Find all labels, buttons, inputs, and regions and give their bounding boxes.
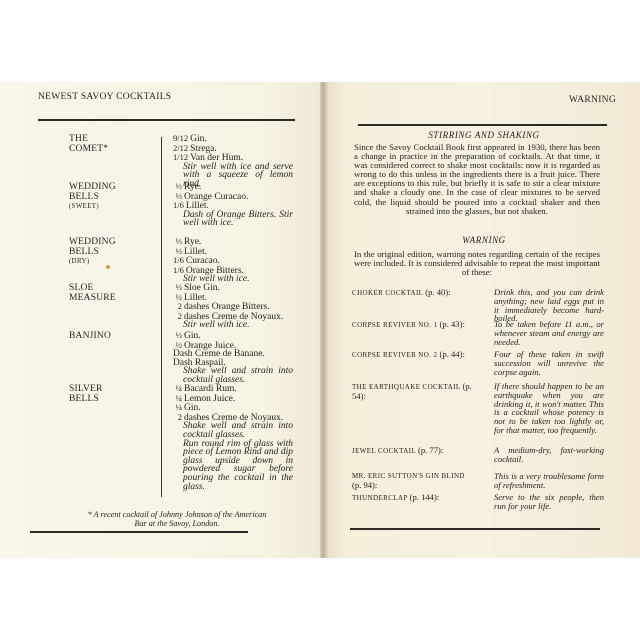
right-page: WARNING STIRRING AND SHAKING Since the S… xyxy=(328,82,640,558)
warning-text: Four of these taken in swift succession … xyxy=(494,350,604,376)
page-reference: (p. 94): xyxy=(352,480,377,490)
warning-text: If there should happen to be an earthqua… xyxy=(494,382,604,435)
page-reference: (p. 44): xyxy=(440,349,465,359)
ingredient: ¼Gin. xyxy=(173,403,293,413)
stirring-paragraph: Since the Savoy Cocktail Book first appe… xyxy=(354,143,600,216)
warning-cocktail-name: THUNDERCLAP (p. 144): xyxy=(352,493,472,503)
page-reference: (p. 43): xyxy=(440,319,465,329)
ingredient-list: ⅓Rye.⅓Lillet.1/6Curacao.1/6Orange Bitter… xyxy=(173,237,293,284)
ingredient: ⅓Orange Curacao. xyxy=(173,192,293,202)
footnote: * A recent cocktail of Johnny Johnson of… xyxy=(82,510,272,528)
recipe-name: THECOMET* xyxy=(69,134,108,154)
recipe-variant: (DRY) xyxy=(69,257,116,267)
ingredient: ⅓Rye. xyxy=(173,182,293,192)
warning-intro: In the original edition, warning notes r… xyxy=(354,250,600,277)
warning-text: Serve to the six people, then run for yo… xyxy=(494,493,604,511)
warning-cocktail-name: CORPSE REVIVER NO. 1 (p. 43): xyxy=(352,320,472,330)
ingredient: ⅓Rye. xyxy=(173,237,293,247)
warning-text: A medium-dry, fast-working cocktail. xyxy=(494,446,604,464)
warning-title: WARNING xyxy=(328,235,640,245)
warning-cocktail-name: CHOKER COCKTAIL (p. 40): xyxy=(352,288,472,298)
recipe-instruction: Shake well and strain into cocktail glas… xyxy=(173,367,293,384)
ingredient: ½Lillet. xyxy=(173,293,293,303)
recipe-instruction: Shake well and strain into cocktail glas… xyxy=(173,422,293,439)
recipe-name: BANJINO xyxy=(69,331,111,341)
ingredient: ¼Bacardi Rum. xyxy=(173,384,293,394)
running-head-right: WARNING xyxy=(569,95,616,105)
ingredient: ½Gin. xyxy=(173,331,293,341)
header-rule xyxy=(38,119,295,121)
footer-rule xyxy=(350,528,600,530)
page-reference: (p. 77): xyxy=(418,445,443,455)
page-reference: (p. 40): xyxy=(425,287,450,297)
warning-cocktail-name: THE EARTHQUAKE COCKTAIL (p. 54): xyxy=(352,382,472,402)
recipe-name: SLOEMEASURE xyxy=(69,283,116,303)
ingredient-list: 9/12Gin.2/12Strega.1/12Van der Hum.Stir … xyxy=(173,134,293,189)
ingredient: ⅓Lillet. xyxy=(173,247,293,257)
ingredient: ½Sloe Gin. xyxy=(173,283,293,293)
recipe-instruction: Run round rim of glass with piece of Lem… xyxy=(173,440,293,492)
warning-cocktail-name: JEWEL COCKTAIL (p. 77): xyxy=(352,446,472,456)
ingredient-list: ¼Bacardi Rum.¼Lemon Juice.¼Gin.2dashes C… xyxy=(173,384,293,491)
recipe-variant: (SWEET) xyxy=(69,202,116,212)
recipe-name: WEDDINGBELLS(DRY) xyxy=(69,237,116,267)
recipe-instruction: Stir well with ice. xyxy=(173,321,293,330)
left-page: NEWEST SAVOY COCKTAILS THECOMET*9/12Gin.… xyxy=(0,82,320,558)
column-divider xyxy=(161,137,162,497)
ingredient-list: ⅓Rye.⅓Orange Curacao.1/6Lillet.Dash of O… xyxy=(173,182,293,228)
warning-text: To be taken before 11 a.m., or whenever … xyxy=(494,320,604,346)
page-reference: (p. 54): xyxy=(352,381,472,401)
footer-rule xyxy=(30,531,248,533)
stirring-title: STIRRING AND SHAKING xyxy=(328,130,640,140)
warning-cocktail-name: CORPSE REVIVER NO. 2 (p. 44): xyxy=(352,350,472,360)
recipe-name: SILVERBELLS xyxy=(69,384,103,404)
ingredient: 9/12Gin. xyxy=(173,134,293,144)
ingredient: 2dashes Orange Bitters. xyxy=(173,302,293,312)
warning-text: Drink this, and you can drink anything; … xyxy=(494,288,604,323)
ingredient: 1/6Curacao. xyxy=(173,256,293,266)
ingredient-list: ½Sloe Gin.½Lillet.2dashes Orange Bitters… xyxy=(173,283,293,330)
warning-cocktail-name: MR. ERIC SUTTON'S GIN BLIND (p. 94): xyxy=(352,472,472,491)
running-head-left: NEWEST SAVOY COCKTAILS xyxy=(38,92,171,102)
warning-text: This is a very troublesome form of refre… xyxy=(494,472,604,490)
ingredient-list: ½Gin.½Orange Juice.Dash Creme de Banane.… xyxy=(173,331,293,385)
page-reference: (p. 144): xyxy=(410,492,440,502)
recipe-name: WEDDINGBELLS(SWEET) xyxy=(69,182,116,212)
ingredient: ¼Lemon Juice. xyxy=(173,394,293,404)
header-rule xyxy=(358,124,607,126)
book-gutter xyxy=(320,82,328,558)
recipe-instruction: Dash of Orange Bitters. Stir well with i… xyxy=(173,211,293,228)
ingredient: 2/12Strega. xyxy=(173,144,293,154)
